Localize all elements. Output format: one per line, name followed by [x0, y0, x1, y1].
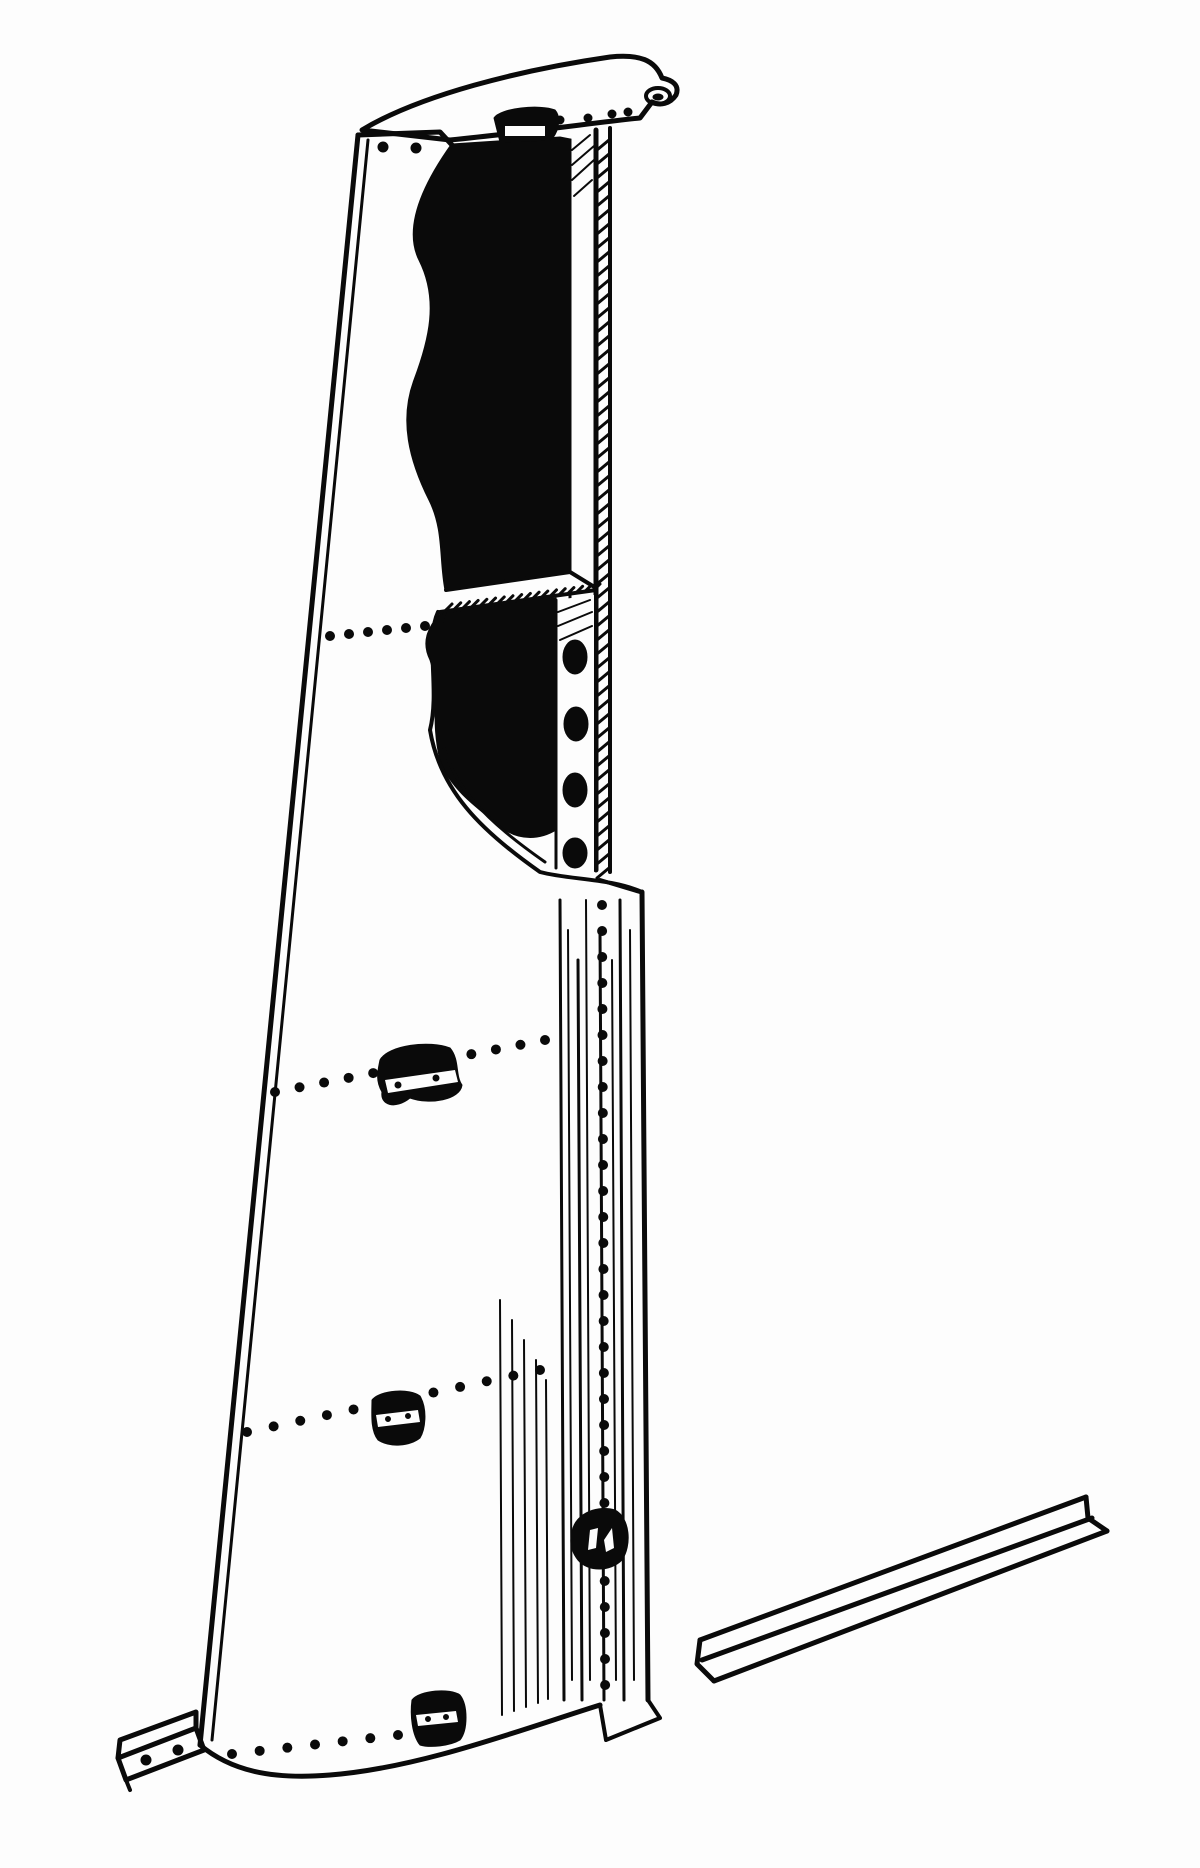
root-bracket [118, 1712, 204, 1790]
hinge-fitting [378, 1044, 462, 1105]
cutaway-upper [408, 107, 570, 590]
hinge-fitting [411, 1691, 466, 1747]
loose-angle [697, 1497, 1107, 1681]
fin-cutaway-illustration [0, 0, 1200, 1868]
round-fitting [571, 1508, 628, 1569]
hinge-fittings [372, 1044, 466, 1746]
fin-drawing [0, 0, 1200, 1868]
lower-spar-strip [500, 880, 660, 1740]
hinge-fitting [372, 1391, 425, 1445]
